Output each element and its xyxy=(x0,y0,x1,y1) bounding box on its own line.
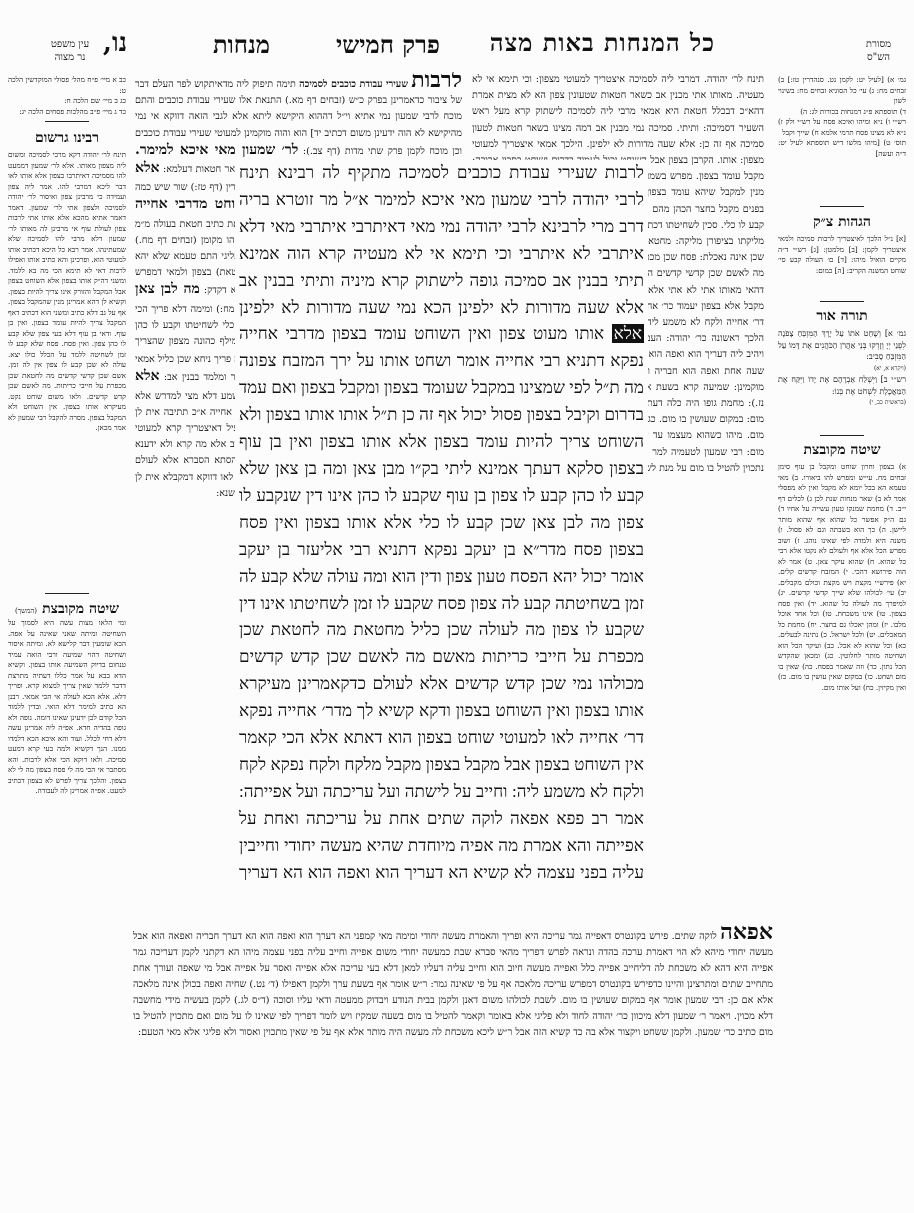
ein-mishpat-item: כג ב מיי׳ שם הלכה ח: xyxy=(8,96,126,107)
masoret-item: רש״י ו) נ״א ומיהו ואיכא פסח על רש״י ולק … xyxy=(778,117,906,138)
gemara-main-text: לרבות שעירי עבודת כוכבים לסמיכה מתקיף לה… xyxy=(235,160,648,880)
torah-or-verse: רש״י ב] וַיִּשְׁלַח אַבְרָהָם אֶת יָדוֹ … xyxy=(778,374,906,397)
hagahot-text: [א] נ״ל הלכך לאיצטריך לרבות סמיכה ולמאי … xyxy=(778,234,906,296)
torah-or-verse: גמ׳ א] וְשָׁחַט אֹתוֹ עַל יֶרֶךְ הַמִּזְ… xyxy=(778,328,906,363)
masoret-hashas-label: מסורת הש"ס xyxy=(851,38,906,64)
tosafot-dibbur: לר׳ שמעון מאי איכא למימר. xyxy=(135,142,298,158)
masoret-item: ד) תוספתא פ״ג דמנחות בכורות לג: ה) xyxy=(778,107,906,118)
tosafot-lead-word: לרבות xyxy=(411,72,462,93)
masoret-item: תוס׳ ט) [מיהו מלשו דיש תוספתא לעיל יט: ד… xyxy=(778,138,906,159)
gemara-highlighted-word[interactable]: אלא xyxy=(612,324,644,343)
ein-mishpat-label-line2: נר מצוה xyxy=(40,51,100,64)
ornament-divider xyxy=(8,590,126,598)
shita-mekubetzet-text-right: א) בצפון וחרון שוחט ומקבל בן עוף סימן זב… xyxy=(778,462,906,1202)
shita-heading-text: שיטה מקובצת xyxy=(42,601,119,617)
ein-mishpat-column: כב א מיי׳ פ״ח מהל׳ פסולי המוקדשין הלכה ט… xyxy=(8,75,126,117)
tosafot-lead-rest: שעירי עבודת כוכבים לסמיכה xyxy=(299,79,408,90)
torah-or-ref: (בראשית כב, י) xyxy=(778,397,906,409)
ornament-divider xyxy=(778,432,906,440)
ein-mishpat-label-line1: עין משפט xyxy=(40,38,100,51)
rabbeinu-gershom-heading: רבינו גרשום xyxy=(8,128,126,148)
gemara-text: אלא שעה מדורות לא ילפינן הכא נמי שעה מדו… xyxy=(239,298,644,317)
ein-mishpat-item: כב א מיי׳ פ״ח מהל׳ פסולי המוקדשין הלכה ט… xyxy=(8,75,126,96)
rabbeinu-gershom-text: תינח לר׳ יהודה דקא מרבי לסמיכה ומשום ליה… xyxy=(8,150,126,585)
torah-or-heading: תורה אור xyxy=(778,306,906,326)
masoret-label-line2: הש"ס xyxy=(851,51,906,64)
shita-heading-note: (המשך) xyxy=(15,607,37,615)
shita-mekubetzet-heading-left: שיטה מקובצת (המשך) xyxy=(8,598,126,619)
masoret-item: גמ׳ א) [לעיל יט: לקמן נט. סנהדרין טז:] ב… xyxy=(778,75,906,107)
ornament-divider xyxy=(778,298,906,306)
shita-mekubetzet-text-left: ומי הלאו מצות עשה היא לסמוך על השחיטה ומ… xyxy=(8,618,126,1198)
tosafot-bottom-body: לוקה שתים. פירש בקונטרס דאפייה גמר עריכה… xyxy=(133,931,773,1038)
masoret-hashas-column: גמ׳ א) [לעיל יט: לקמן נט. סנהדרין טז:] ב… xyxy=(778,75,906,159)
ein-mishpat-label: עין משפט נר מצוה xyxy=(40,38,100,64)
torah-or-text: גמ׳ א] וְשָׁחַט אֹתוֹ עַל יֶרֶךְ הַמִּזְ… xyxy=(778,328,906,409)
gemara-text: אותו מעוט צפון ואין השוחט עומד בצפון מדר… xyxy=(239,324,644,880)
ornament-divider xyxy=(8,118,126,126)
ornament-divider xyxy=(778,203,906,211)
tosafot-bottom-text: אפאה לוקה שתים. פירש בקונטרס דאפייה גמר … xyxy=(133,924,773,1074)
gemara-text: שעירי עבודת כוכבים לסמיכה מתקיף לה רבינא… xyxy=(239,163,644,290)
tractate-title: מנחות xyxy=(160,30,270,60)
chapter-title: פרק חמישי xyxy=(270,30,440,60)
hagahot-heading: הגהות צ״ק xyxy=(778,212,906,232)
ein-mishpat-item: כד ג מיי׳ פ״ב מהלכות פסחים הלכה יג: xyxy=(8,107,126,118)
gemara-lead-word: לרבות xyxy=(605,163,644,182)
torah-or-ref: (ויקרא א, יא) xyxy=(778,363,906,375)
tosafot-bottom-dibbur: אפאה xyxy=(720,919,773,945)
masoret-label-line1: מסורת xyxy=(851,38,906,51)
shita-mekubetzet-heading-right: שיטה מקובצת xyxy=(778,440,906,460)
